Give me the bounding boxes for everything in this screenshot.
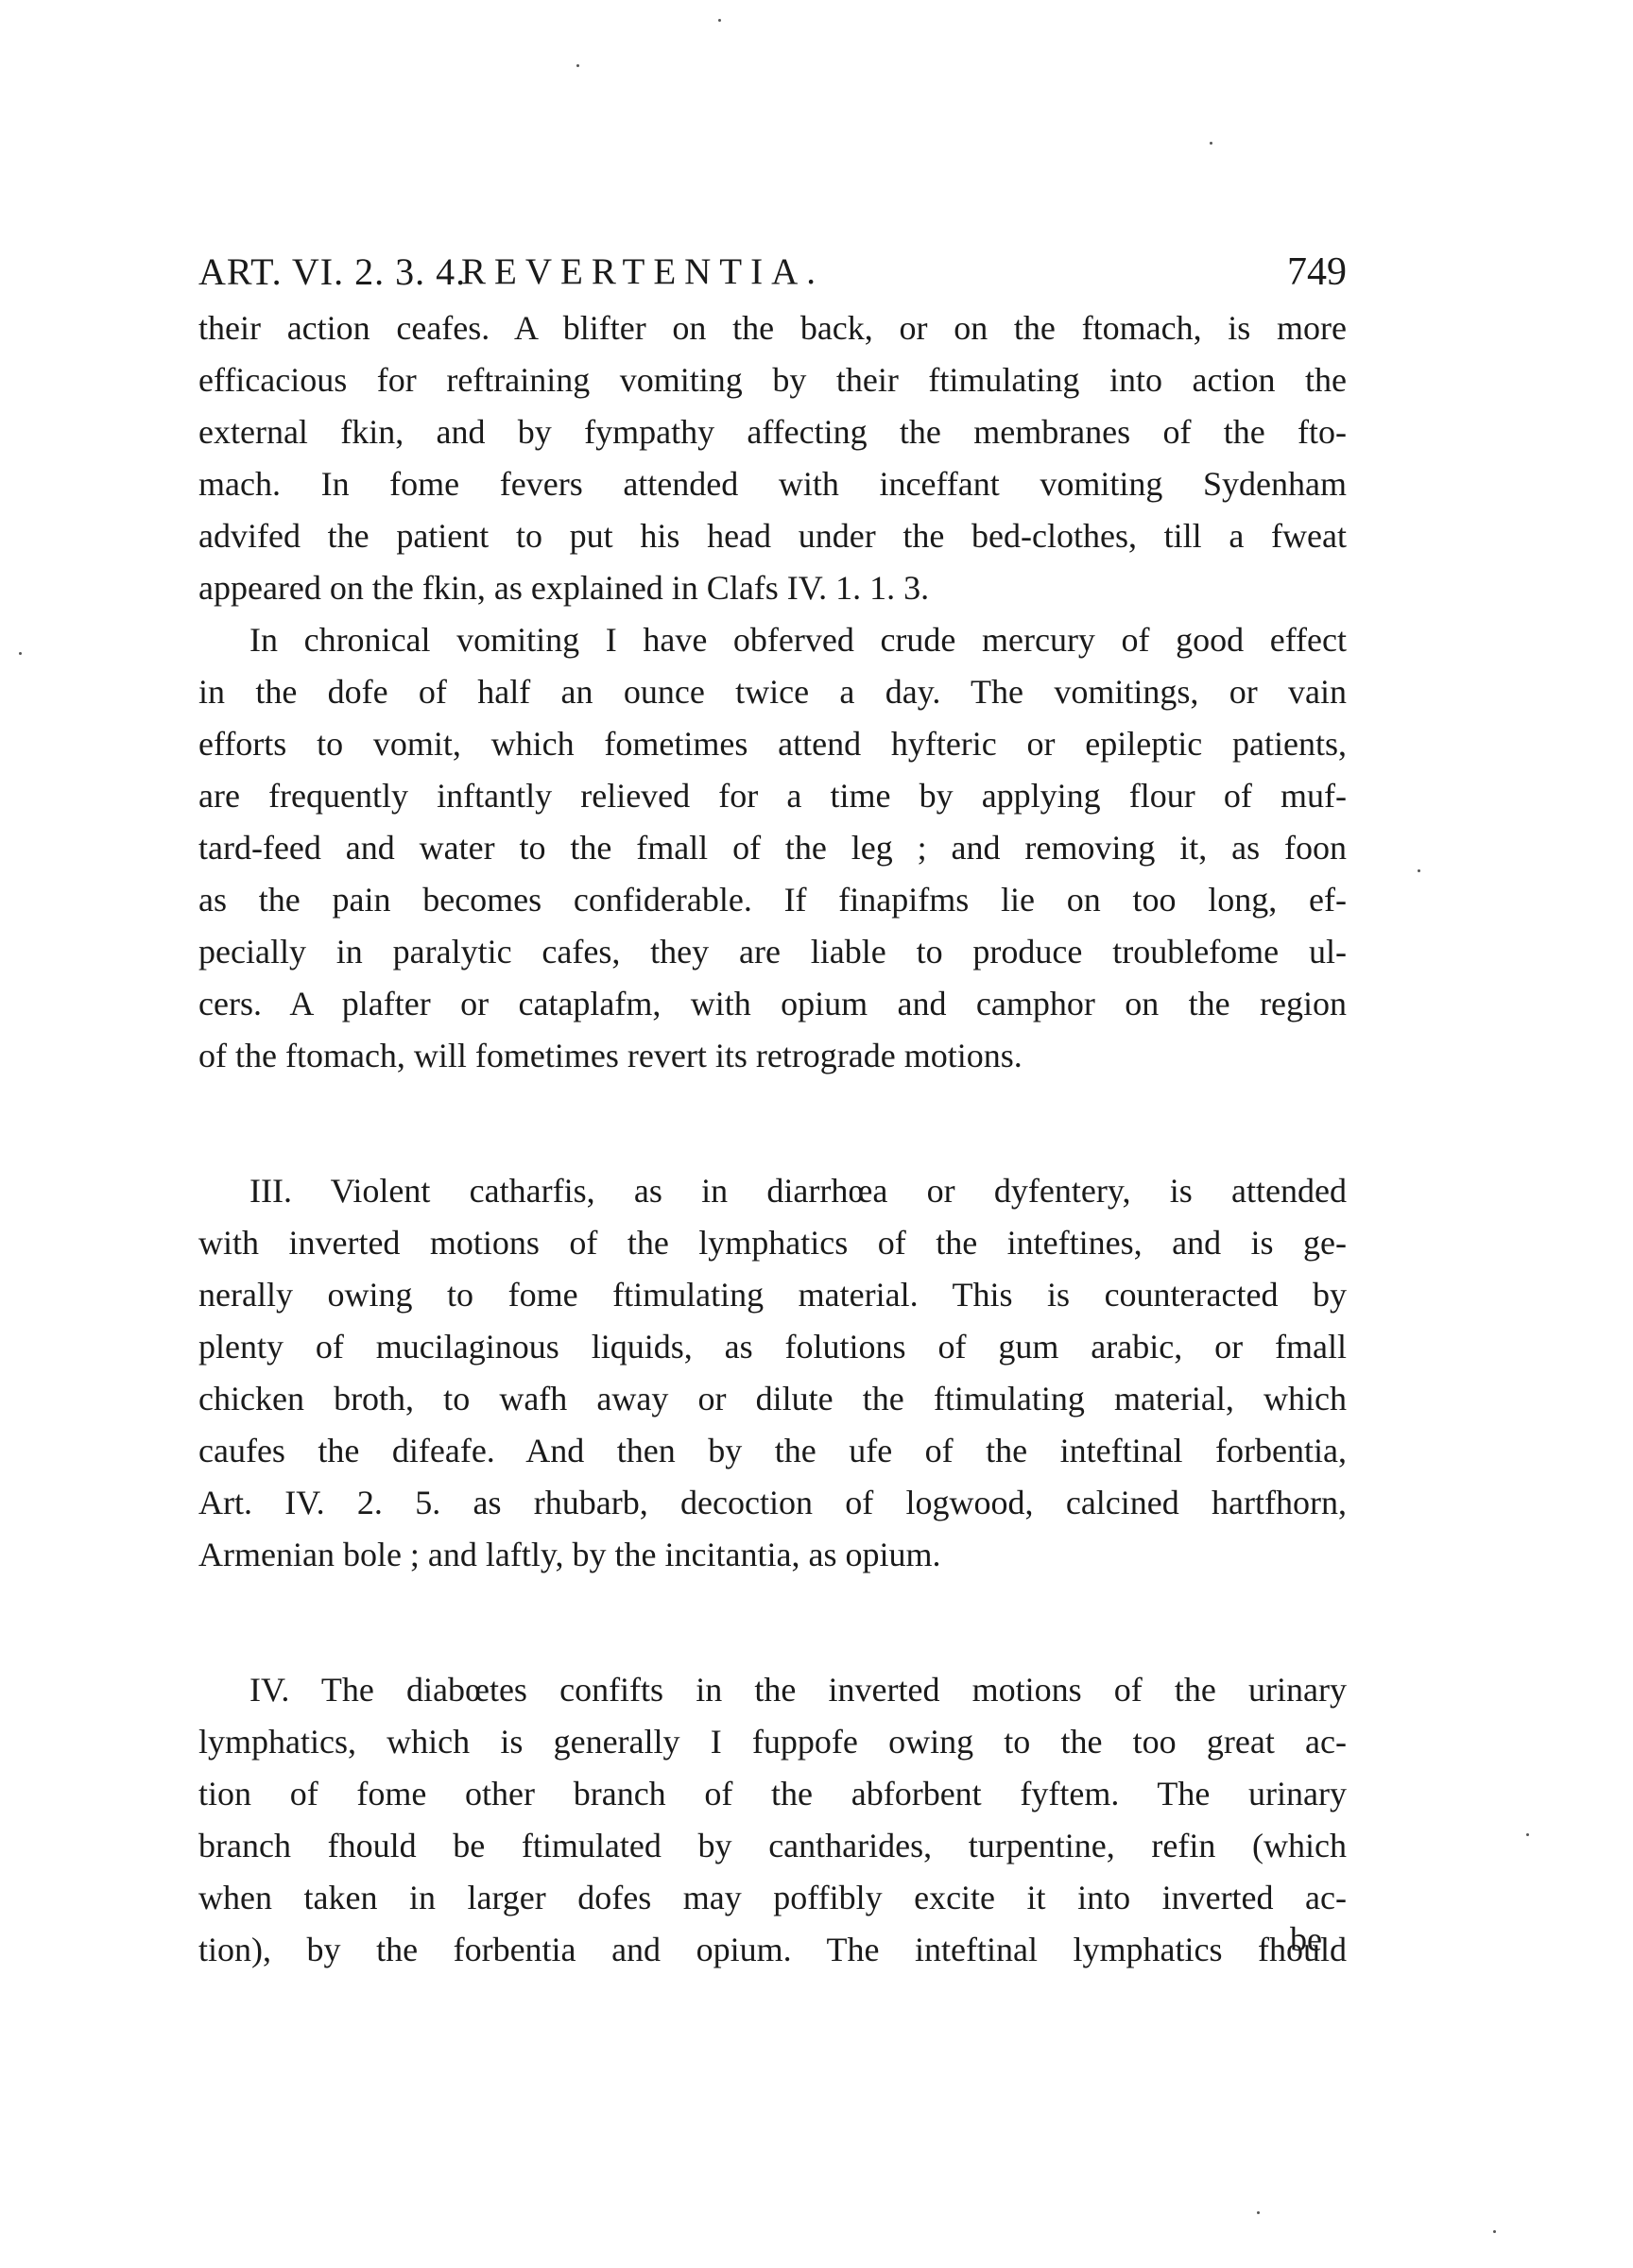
paragraph-3: III. Violent catharfis, as in diarrhœa o… xyxy=(198,1165,1347,1581)
scan-speck xyxy=(1210,142,1212,145)
paragraph-1: their action ceafes. A blifter on the ba… xyxy=(198,302,1347,614)
text-line: tion of fome other branch of the abforbe… xyxy=(198,1768,1347,1820)
text-line: branch fhould be ftimulated by cantharid… xyxy=(198,1820,1347,1872)
text-line: cers. A plafter or cataplafm, with opium… xyxy=(198,978,1347,1030)
text-line: with inverted motions of the lymphatics … xyxy=(198,1217,1347,1269)
text-line: IV. The diabœtes confifts in the inverte… xyxy=(198,1664,1347,1716)
scan-speck xyxy=(1526,1833,1529,1836)
scan-speck xyxy=(1418,869,1420,872)
text-line: their action ceafes. A blifter on the ba… xyxy=(198,302,1347,354)
text-line: advifed the patient to put his head unde… xyxy=(198,510,1347,562)
scan-speck xyxy=(718,19,721,22)
text-line: nerally owing to fome ftimulating materi… xyxy=(198,1269,1347,1321)
page-body: their action ceafes. A blifter on the ba… xyxy=(198,302,1347,1976)
text-line: appeared on the fkin, as explained in Cl… xyxy=(198,562,1347,614)
text-line: when taken in larger dofes may poffibly … xyxy=(198,1872,1347,1924)
text-line: Art. IV. 2. 5. as rhubarb, decoction of … xyxy=(198,1477,1347,1529)
scan-speck xyxy=(576,64,579,67)
text-line: pecially in paralytic cafes, they are li… xyxy=(198,926,1347,978)
section-gap xyxy=(198,1581,1347,1664)
text-line: in the dofe of half an ounce twice a day… xyxy=(198,666,1347,718)
text-line: plenty of mucilaginous liquids, as folut… xyxy=(198,1321,1347,1373)
text-line: tard-feed and water to the fmall of the … xyxy=(198,822,1347,874)
running-title: REVERTENTIA. xyxy=(461,244,824,301)
text-line: of the ftomach, will fometimes revert it… xyxy=(198,1030,1347,1082)
catchword: be xyxy=(1290,1914,1322,1966)
running-header: ART. VI. 2. 3. 4. REVERTENTIA. 749 xyxy=(198,244,1347,301)
text-line: III. Violent catharfis, as in diarrhœa o… xyxy=(198,1165,1347,1217)
text-line: Armenian bole ; and laftly, by the incit… xyxy=(198,1529,1347,1581)
text-line: mach. In fome fevers attended with incef… xyxy=(198,458,1347,510)
book-page: ART. VI. 2. 3. 4. REVERTENTIA. 749 their… xyxy=(0,0,1633,2268)
paragraph-4: IV. The diabœtes confifts in the inverte… xyxy=(198,1664,1347,1976)
text-line: are frequently inftantly relieved for a … xyxy=(198,770,1347,822)
text-line: chicken broth, to wafh away or dilute th… xyxy=(198,1373,1347,1425)
text-line: In chronical vomiting I have obferved cr… xyxy=(198,614,1347,666)
scan-speck xyxy=(1257,2211,1260,2214)
text-line: external fkin, and by fympathy affecting… xyxy=(198,406,1347,458)
page-number: 749 xyxy=(1287,244,1347,301)
text-line: caufes the difeafe. And then by the ufe … xyxy=(198,1425,1347,1477)
scan-speck xyxy=(1493,2230,1496,2233)
text-line: tion), by the forbentia and opium. The i… xyxy=(198,1924,1347,1976)
paragraph-2: In chronical vomiting I have obferved cr… xyxy=(198,614,1347,1082)
text-line: efficacious for reftraining vomiting by … xyxy=(198,354,1347,406)
section-gap xyxy=(198,1082,1347,1165)
text-line: efforts to vomit, which fometimes attend… xyxy=(198,718,1347,770)
text-line: lymphatics, which is generally I fuppofe… xyxy=(198,1716,1347,1768)
section-reference: ART. VI. 2. 3. 4. xyxy=(198,244,466,301)
text-line: as the pain becomes confiderable. If fin… xyxy=(198,874,1347,926)
scan-speck xyxy=(19,652,22,655)
